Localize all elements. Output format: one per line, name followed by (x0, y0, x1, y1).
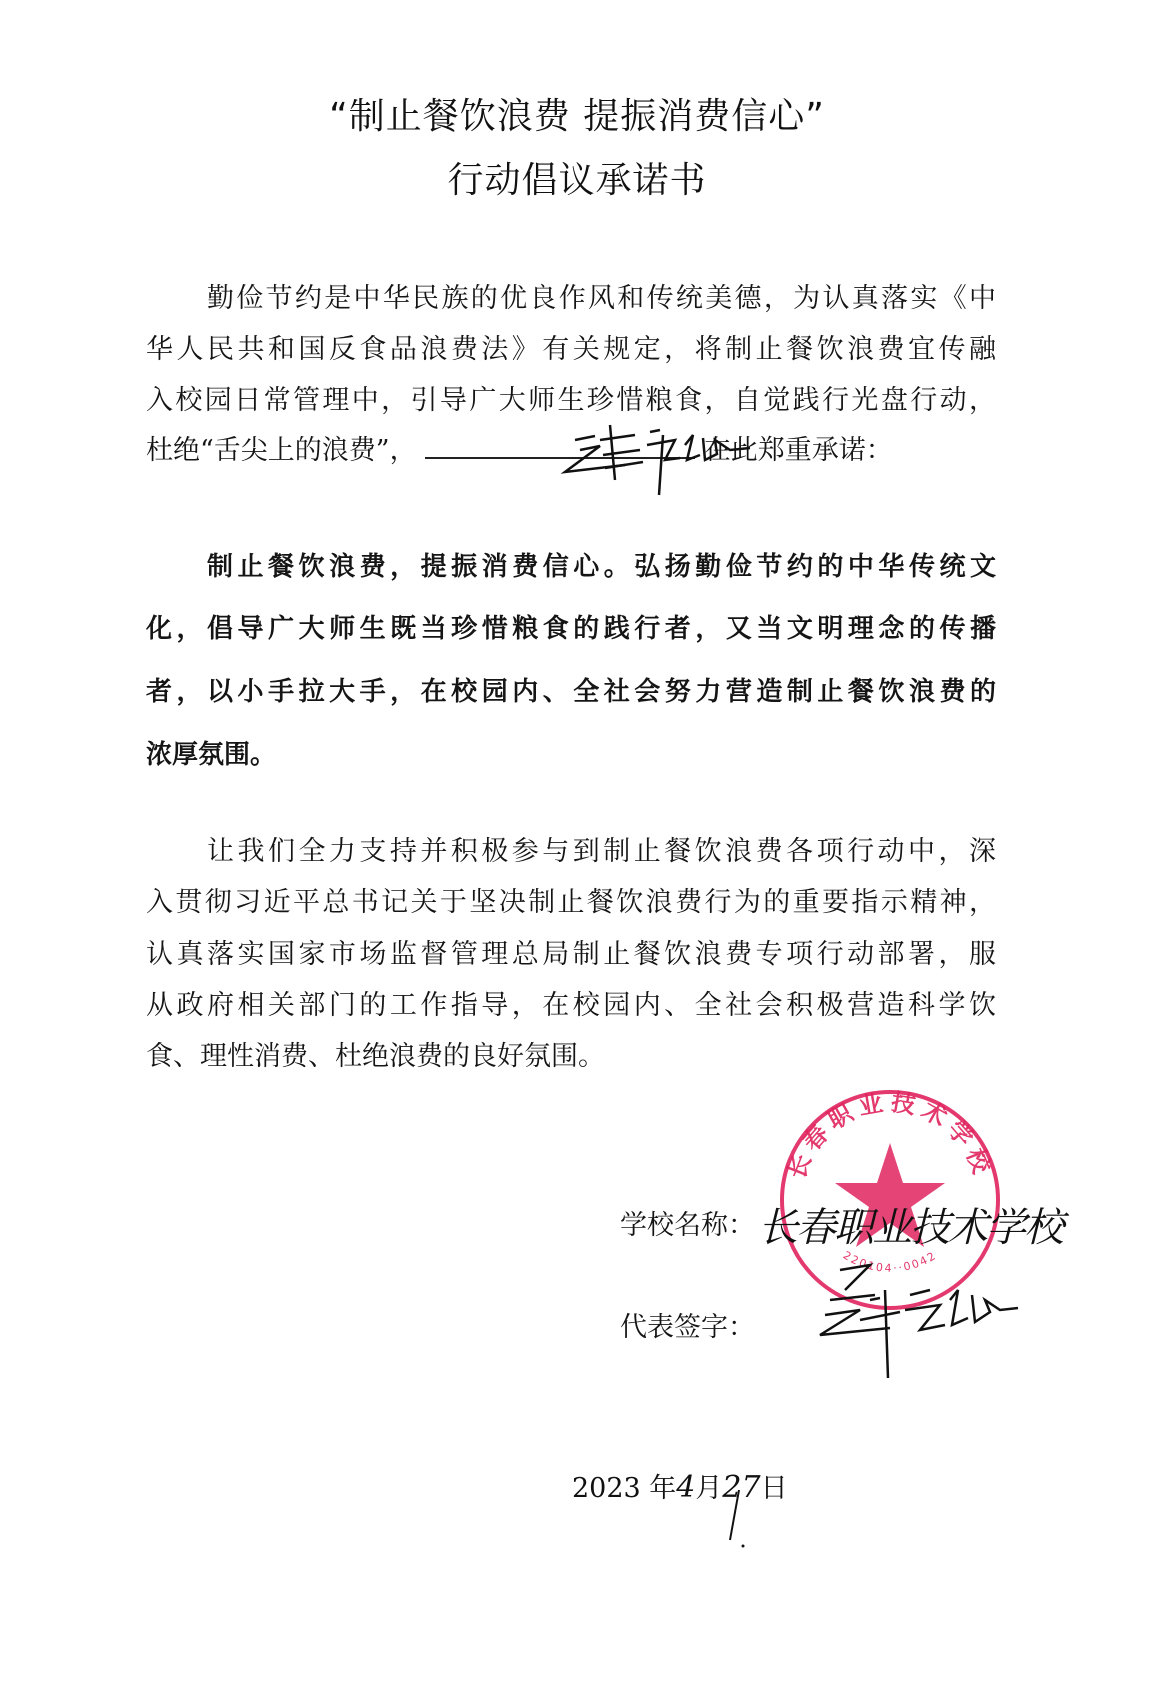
paragraph-3-line-4: 从政府相关部门的工作指导，在校园内、全社会积极营造科学饮 (146, 983, 996, 1022)
paragraph-2-line-1: 制止餐饮浪费，提振消费信心。弘扬勤俭节约的中华传统文 (207, 546, 996, 583)
paragraph-3-line-3: 认真落实国家市场监督管理总局制止餐饮浪费专项行动部署，服 (146, 932, 996, 971)
paragraph-1-line-2: 华人民共和国反食品浪费法》有关规定，将制止餐饮浪费宜传融 (146, 327, 996, 366)
date-year: 2023 年 (572, 1473, 676, 1504)
date-month-label: 月 (695, 1473, 722, 1504)
paragraph-2-line-2: 化，倡导广大师生既当珍惜粮食的践行者，又当文明理念的传播 (146, 608, 996, 645)
paragraph-2-line-3: 者，以小手拉大手，在校园内、全社会努力营造制止餐饮浪费的 (146, 671, 996, 708)
paragraph-3-line-1: 让我们全力支持并积极参与到制止餐饮浪费各项行动中，深 (207, 829, 996, 868)
paragraph-1-line-1: 勤俭节约是中华民族的优良作风和传统美德，为认真落实《中 (207, 276, 996, 315)
date-line: 2023 年4月27日 (572, 1466, 788, 1505)
document-title-line-2: 行动倡议承诺书 (0, 152, 1154, 203)
school-name-label: 学校名称： (620, 1203, 755, 1242)
paragraph-3-line-5: 食、理性消费、杜绝浪费的良好氛围。 (146, 1034, 605, 1073)
date-pen-stroke-icon (725, 1490, 755, 1550)
school-name-handwritten: 长春职业技术学校 (758, 1196, 1062, 1253)
date-day-label: 日 (761, 1473, 788, 1504)
document-page: “制止餐饮浪费 提振消费信心” 行动倡议承诺书 勤俭节约是中华民族的优良作风和传… (0, 0, 1154, 1694)
paragraph-1-line-4-prefix: 杜绝“舌尖上的浪费”， (146, 435, 417, 466)
handwritten-signature-icon (555, 410, 755, 500)
paragraph-3-line-2: 入贯彻习近平总书记关于坚决制止餐饮浪费行为的重要指示精神， (146, 880, 996, 919)
document-title-line-1: “制止餐饮浪费 提振消费信心” (0, 88, 1154, 139)
representative-signature-icon (800, 1250, 1020, 1380)
representative-signature-label: 代表签字： (620, 1305, 755, 1344)
paragraph-2-line-4: 浓厚氛围。 (146, 734, 276, 771)
date-month-handwritten: 4 (676, 1470, 695, 1505)
